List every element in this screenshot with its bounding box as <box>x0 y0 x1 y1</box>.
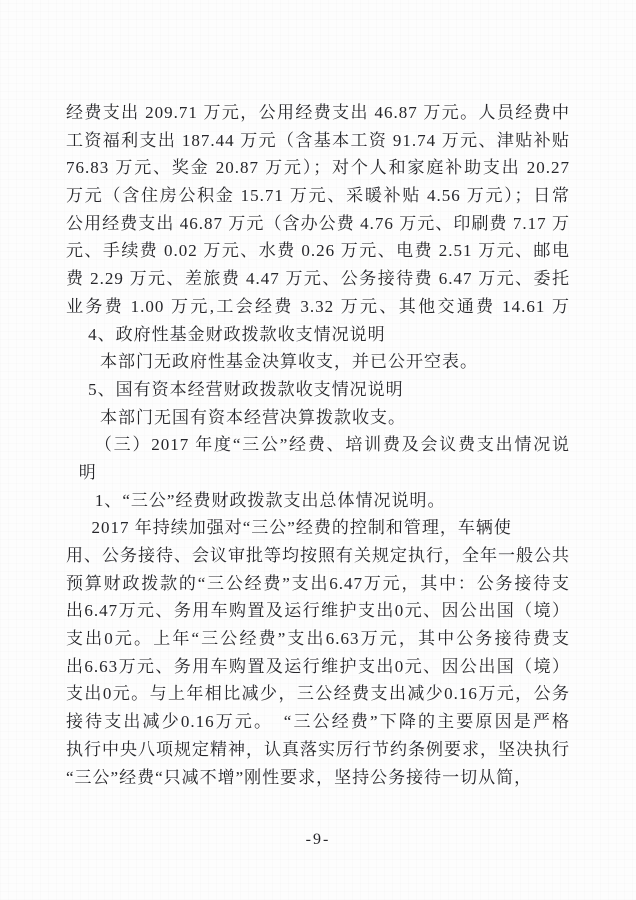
text-line: “三公”经费“只减不增”刚性要求，坚持公务接待一切从简， <box>66 764 570 792</box>
text-line: 工资福利支出 187.44 万元（含基本工资 91.74 万元、津贴补贴 <box>66 127 570 155</box>
text-line: 5、国有资本经营财政拨款收支情况说明 <box>66 376 570 404</box>
document-body: 经费支出 209.71 万元，公用经费支出 46.87 万元。人员经费中工资福利… <box>66 99 570 791</box>
text-line: 元、手续费 0.02 万元、水费 0.26 万元、电费 2.51 万元、邮电 <box>66 237 570 265</box>
text-line: 出6.47万元、务用车购置及运行维护支出0元、因公出国（境） <box>66 597 570 625</box>
text-line: 明 <box>66 459 570 487</box>
text-line: 用、公务接待、会议审批等均按照有关规定执行，全年一般公共 <box>66 542 570 570</box>
text-line: 76.83 万元、奖金 20.87 万元）；对个人和家庭补助支出 20.27 <box>66 154 570 182</box>
text-line: （三）2017 年度“三公”经费、培训费及会议费支出情况说 <box>66 431 570 459</box>
text-line: 2017 年持续加强对“三公”经费的控制和管理，车辆使 <box>66 514 570 542</box>
page-number: -9- <box>0 831 636 849</box>
text-line: 费 2.29 万元、差旅费 4.47 万元、公务接待费 6.47 万元、委托 <box>66 265 570 293</box>
text-line: 万元（含住房公积金 15.71 万元、采暖补贴 4.56 万元）；日常 <box>66 182 570 210</box>
text-line: 经费支出 209.71 万元，公用经费支出 46.87 万元。人员经费中 <box>66 99 570 127</box>
text-line: 本部门无国有资本经营决算拨款收支。 <box>66 404 570 432</box>
document-page: 经费支出 209.71 万元，公用经费支出 46.87 万元。人员经费中工资福利… <box>0 0 636 900</box>
text-line: 本部门无政府性基金决算收支，并已公开空表。 <box>66 348 570 376</box>
text-line: 4、政府性基金财政拨款收支情况说明 <box>66 321 570 349</box>
text-line: 出6.63万元、务用车购置及运行维护支出0元、因公出国（境） <box>66 653 570 681</box>
text-line: 预算财政拨款的“三公经费”支出6.47万元，其中：公务接待支 <box>66 570 570 598</box>
text-line: 支出0元。与上年相比减少，三公经费支出减少0.16万元，公务 <box>66 680 570 708</box>
text-line: 接待支出减少0.16万元。 “三公经费”下降的主要原因是严格 <box>66 708 570 736</box>
text-line: 支出0元。上年“三公经费”支出6.63万元，其中公务接待费支 <box>66 625 570 653</box>
text-line: 执行中央八项规定精神，认真落实厉行节约条例要求，坚决执行 <box>66 736 570 764</box>
text-line: 公用经费支出 46.87 万元（含办公费 4.76 万元、印刷费 7.17 万 <box>66 210 570 238</box>
text-line: 业务费 1.00 万元,工会经费 3.32 万元、其他交通费 14.61 万元）… <box>66 293 570 321</box>
text-line: 1、“三公”经费财政拨款支出总体情况说明。 <box>66 487 570 515</box>
